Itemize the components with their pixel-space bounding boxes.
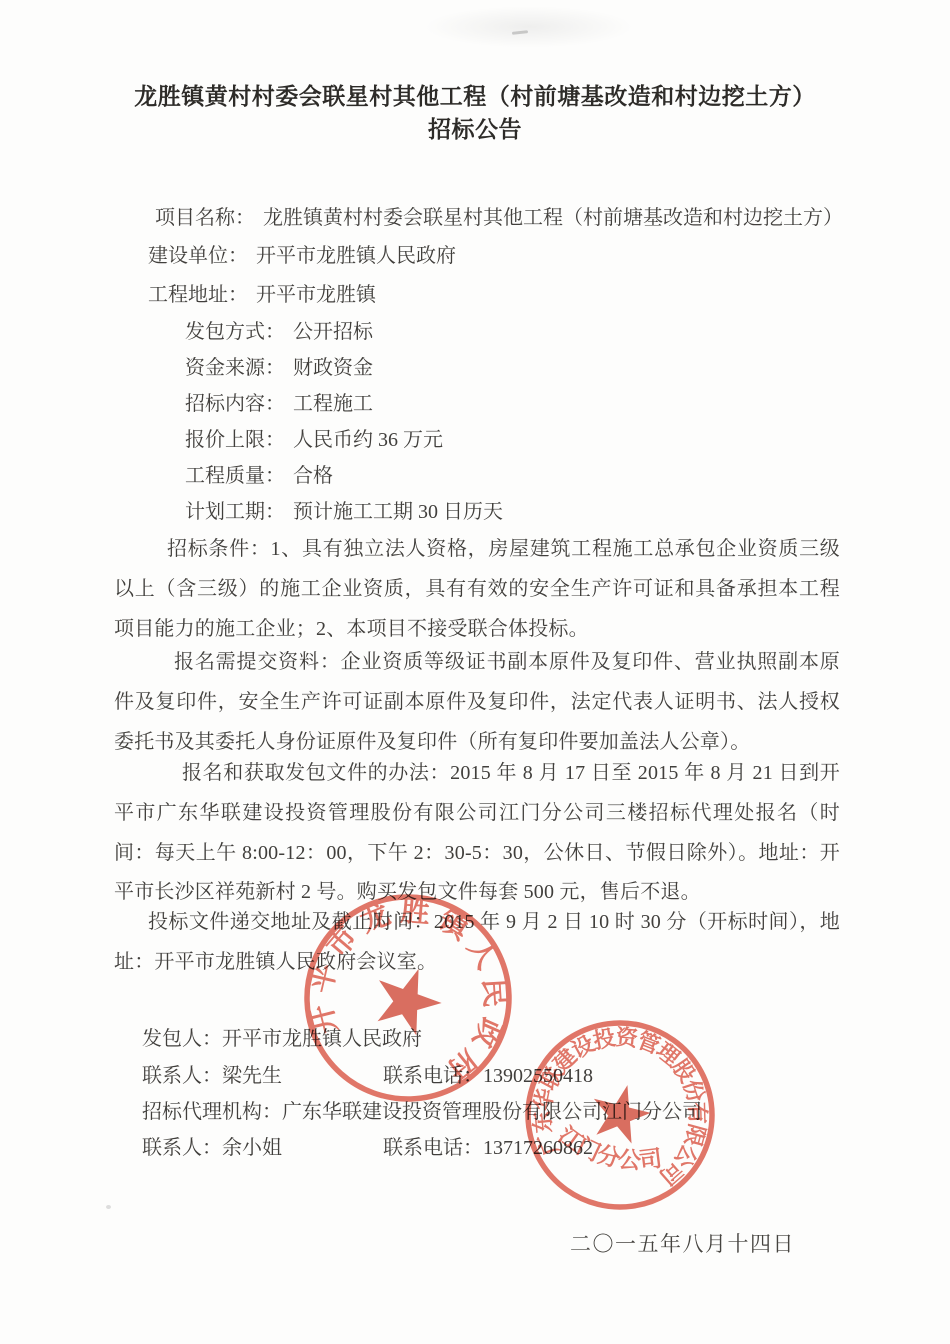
field-project-name: 项目名称：龙胜镇黄村村委会联星村其他工程（村前塘基改造和村边挖土方） <box>155 206 843 230</box>
tender-notice-page: 龙胜镇黄村村委会联星村其他工程（村前塘基改造和村边挖土方） 招标公告 项目名称：… <box>0 0 950 1344</box>
government-seal-star-icon <box>366 957 450 1039</box>
field-project-address: 工程地址：开平市龙胜镇 <box>148 283 376 307</box>
field-tender-content: 招标内容：工程施工 <box>185 392 373 416</box>
field-price-ceiling-value: 人民币约 36 万元 <box>293 429 443 451</box>
field-planned-duration-label: 计划工期： <box>185 501 285 523</box>
field-project-quality-label: 工程质量： <box>185 465 285 487</box>
footer-contact2-value: 余小姐 <box>222 1137 282 1159</box>
footer-phone2-label: 联系电话： <box>383 1137 483 1159</box>
field-project-name-value: 龙胜镇黄村村委会联星村其他工程（村前塘基改造和村边挖土方） <box>263 207 843 229</box>
footer-contact1-label: 联系人： <box>142 1065 222 1087</box>
field-tender-content-value: 工程施工 <box>293 393 373 415</box>
scan-speck <box>106 1205 111 1209</box>
field-contract-method-label: 发包方式： <box>185 321 285 343</box>
field-contract-method-value: 公开招标 <box>293 321 373 343</box>
field-price-ceiling: 报价上限：人民币约 36 万元 <box>185 428 443 452</box>
document-title-line1: 龙胜镇黄村村委会联星村其他工程（村前塘基改造和村边挖土方） <box>0 80 950 113</box>
scan-smudge <box>424 6 634 48</box>
agency-seal: 广东华联建设投资管理股份有限公司 江门分公司 <box>518 1013 722 1217</box>
footer-contact1-value: 梁先生 <box>222 1065 282 1087</box>
field-project-address-value: 开平市龙胜镇 <box>256 284 376 306</box>
field-funding-source-label: 资金来源： <box>185 357 285 379</box>
field-funding-source-value: 财政资金 <box>293 357 373 379</box>
field-planned-duration: 计划工期：预计施工工期 30 日历天 <box>185 500 503 524</box>
field-construction-unit-value: 开平市龙胜镇人民政府 <box>256 245 456 267</box>
field-planned-duration-value: 预计施工工期 30 日历天 <box>293 501 503 523</box>
agency-seal-branch-text: 江门分公司 <box>551 1120 670 1183</box>
svg-text:江门分公司: 江门分公司 <box>551 1120 670 1183</box>
footer-contact2-label: 联系人： <box>142 1137 222 1159</box>
field-price-ceiling-label: 报价上限： <box>185 429 285 451</box>
paragraph-required-materials: 报名需提交资料：企业资质等级证书副本原件及复印件、营业执照副本原件及复印件，安全… <box>114 643 840 762</box>
field-tender-content-label: 招标内容： <box>185 393 285 415</box>
field-project-quality: 工程质量：合格 <box>185 464 333 488</box>
field-project-quality-value: 合格 <box>293 465 333 487</box>
field-construction-unit-label: 建设单位： <box>148 245 248 267</box>
paragraph-tender-conditions: 招标条件：1、具有独立法人资格，房屋建筑工程施工总承包企业资质三级以上（含三级）… <box>114 530 840 649</box>
field-construction-unit: 建设单位：开平市龙胜镇人民政府 <box>148 244 456 268</box>
agency-seal-star-icon <box>586 1078 656 1146</box>
field-project-address-label: 工程地址： <box>148 284 248 306</box>
government-seal: 开平市龙胜镇人民政府 <box>296 886 520 1110</box>
document-date: 二〇一五年八月十四日 <box>570 1228 795 1258</box>
footer-issuer-label: 发包人： <box>142 1028 222 1050</box>
footer-agency-label: 招标代理机构： <box>142 1101 282 1123</box>
field-funding-source: 资金来源：财政资金 <box>185 356 373 380</box>
document-title: 龙胜镇黄村村委会联星村其他工程（村前塘基改造和村边挖土方） 招标公告 <box>0 80 950 146</box>
document-title-line2: 招标公告 <box>0 113 950 146</box>
field-contract-method: 发包方式：公开招标 <box>185 320 373 344</box>
field-project-name-label: 项目名称： <box>155 207 255 229</box>
